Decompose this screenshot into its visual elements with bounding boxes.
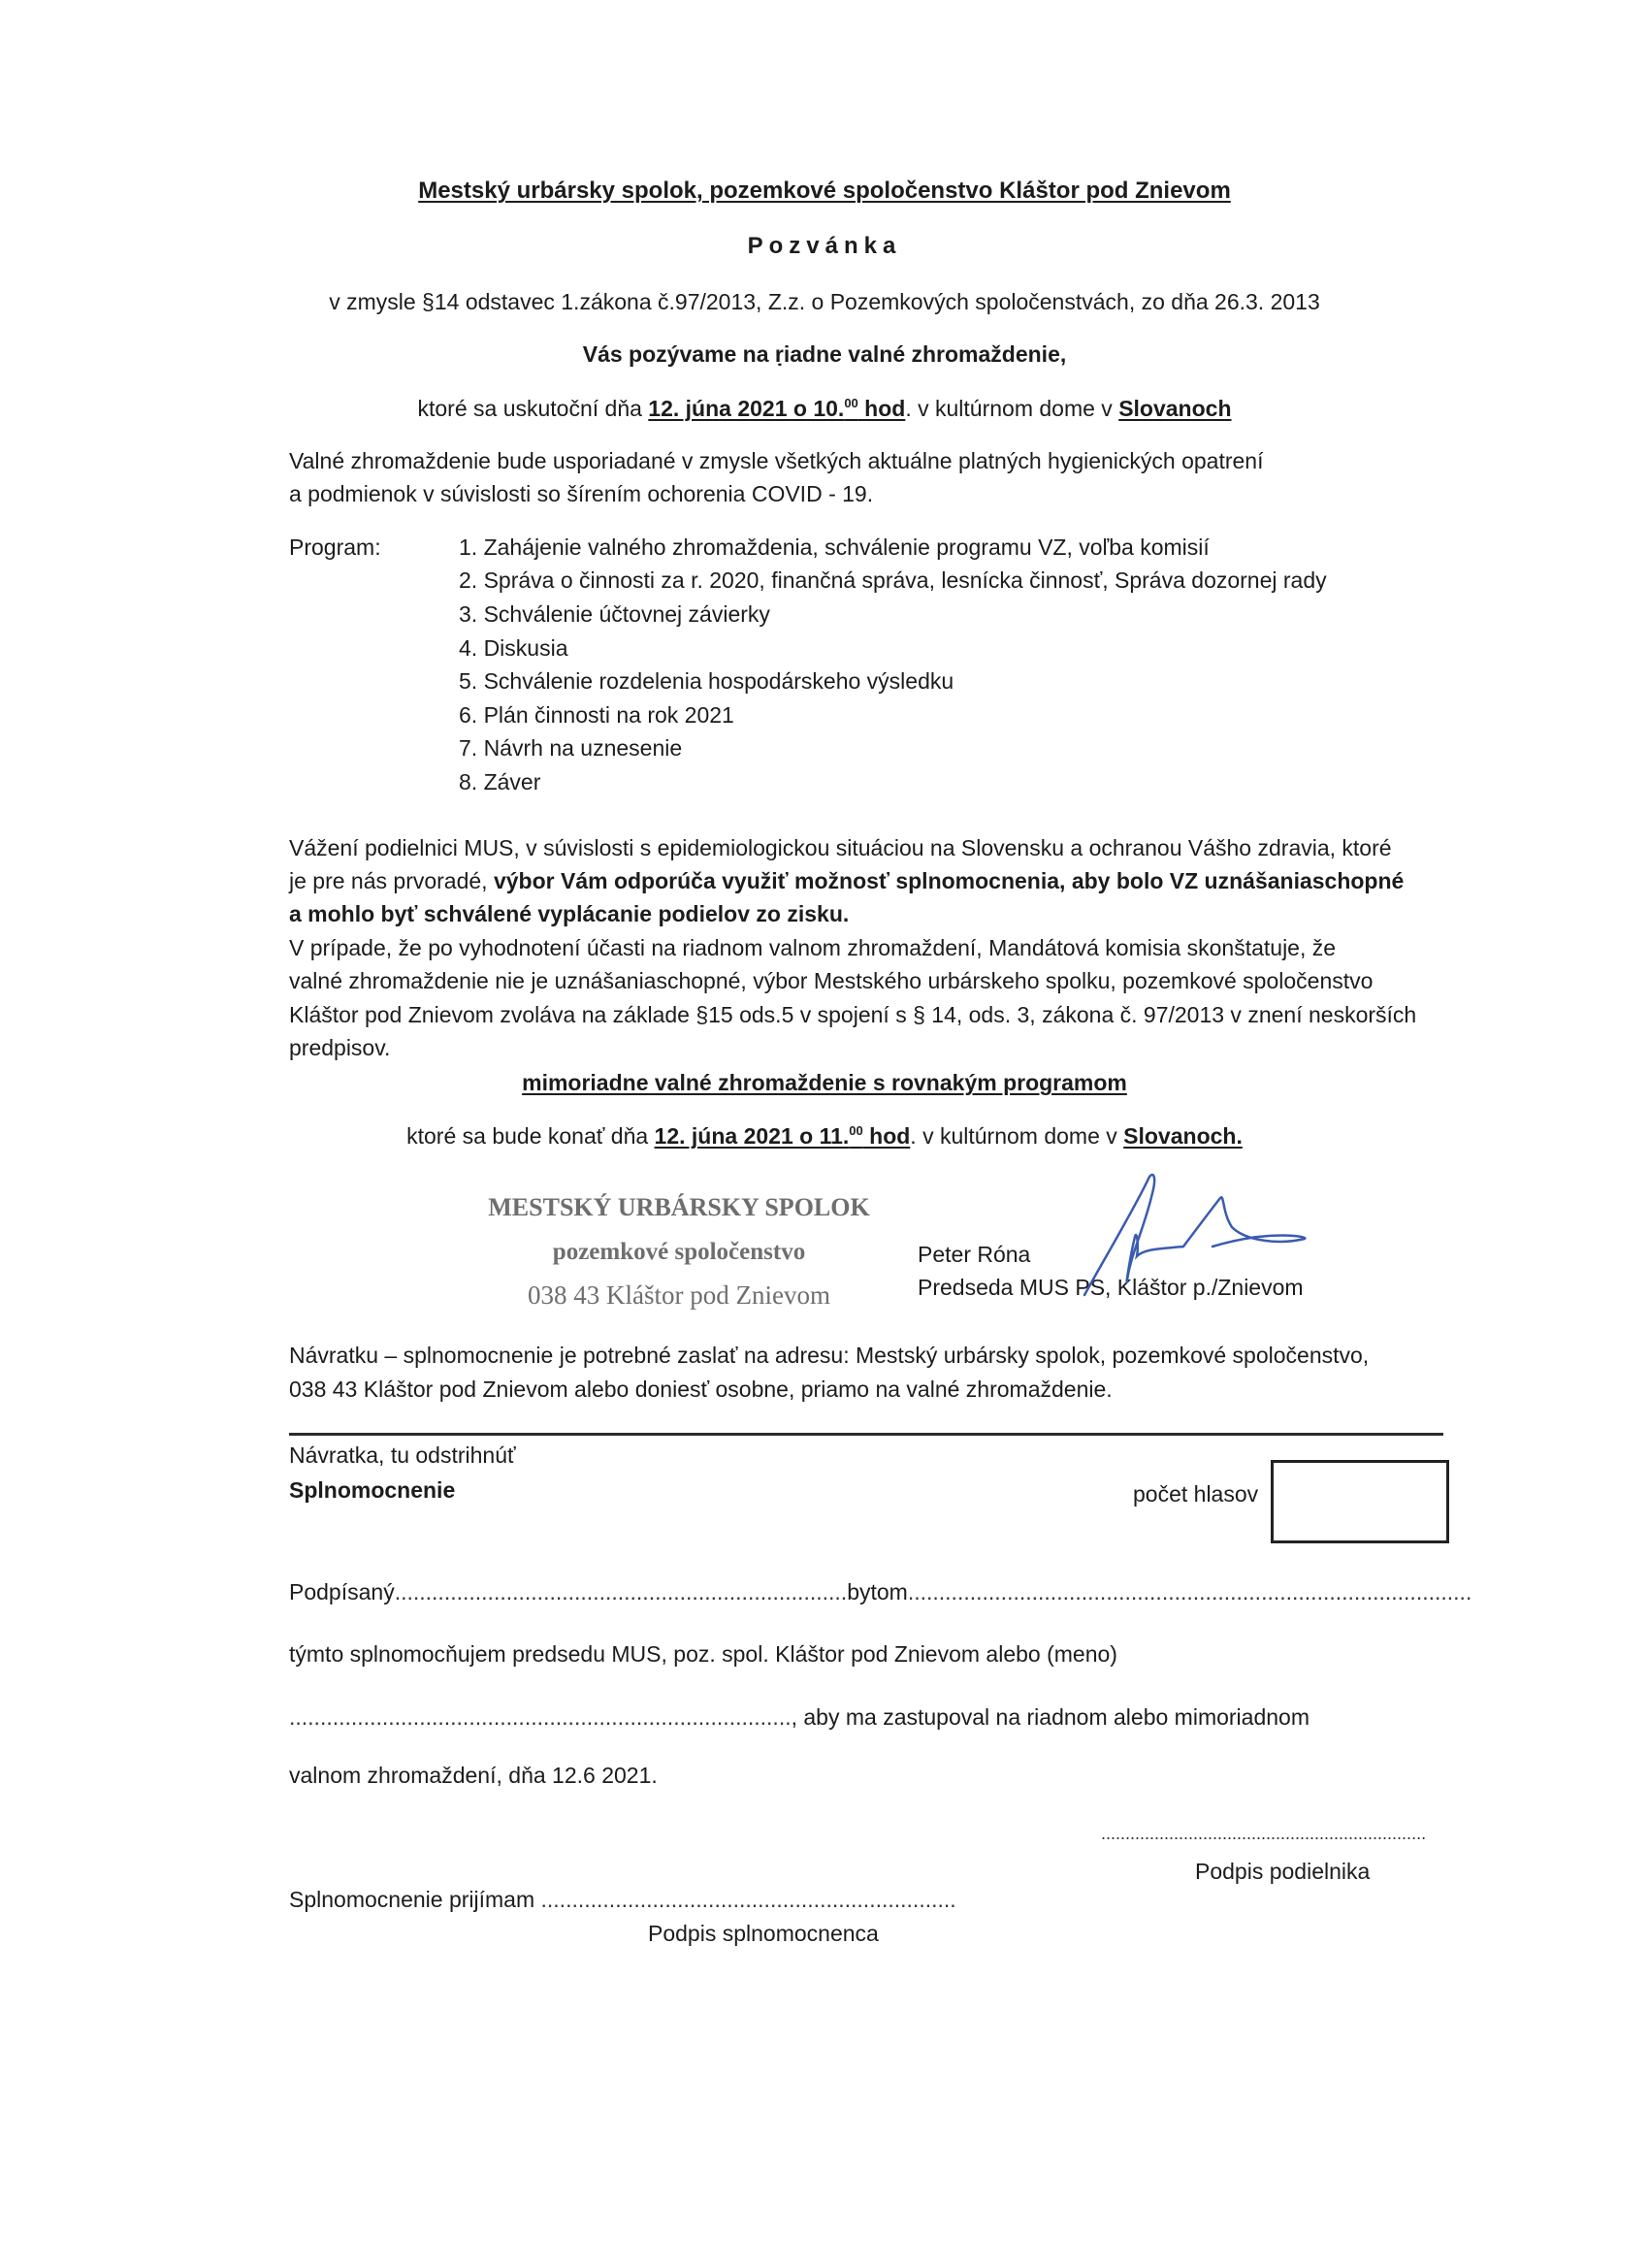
stamp-line-3: 038 43 Kláštor pod Znievom xyxy=(485,1280,873,1311)
program-item: 5. Schválenie rozdelenia hospodárskeho v… xyxy=(459,668,954,695)
return-note-line-2: 038 43 Kláštor pod Znievom alebo doniesť… xyxy=(289,1377,1113,1403)
program-item: 6. Plán činnosti na rok 2021 xyxy=(459,702,734,729)
extra-meeting-date: 12. júna 2021 o 11. xyxy=(655,1123,850,1149)
return-note-line-1: Návratku – splnomocnenie je potrebné zas… xyxy=(289,1343,1369,1369)
signatory-name: Peter Róna xyxy=(918,1242,1030,1268)
proxy-form-title: Splnomocnenie xyxy=(289,1477,455,1504)
residence-label: bytom xyxy=(847,1579,908,1604)
extra-meeting-place: Slovanoch. xyxy=(1123,1123,1243,1149)
proxy-name-field[interactable]: ........................................… xyxy=(289,1704,792,1730)
notice-para2-line-2: valné zhromaždenie nie je uznášaniaschop… xyxy=(289,968,1373,994)
notice-para2-line-3: Kláštor pod Znievom zvoláva na základe §… xyxy=(289,1002,1416,1028)
extra-meeting-hod: hod xyxy=(863,1123,911,1149)
meeting-date-text: valnom zhromaždení, dňa 12.6 2021. xyxy=(289,1763,658,1789)
program-item: 4. Diskusia xyxy=(459,635,567,662)
represent-line: ........................................… xyxy=(289,1704,1309,1731)
shareholder-signature-field[interactable]: ........................................… xyxy=(1101,1824,1426,1844)
extra-meeting-time-minutes: 00 xyxy=(849,1123,862,1138)
program-label: Program: xyxy=(289,535,381,561)
votes-count-field[interactable] xyxy=(1271,1460,1449,1543)
program-item: 1. Zahájenie valného zhromaždenia, schvá… xyxy=(459,535,1210,561)
extra-meeting-prefix: ktoré sa bude konať dňa xyxy=(406,1123,654,1149)
notice-recommendation: výbor Vám odporúča využiť možnosť splnom… xyxy=(494,868,1404,893)
meeting-line: ktoré sa uskutoční dňa 12. júna 2021 o 1… xyxy=(0,396,1649,422)
accept-line: Splnomocnenie prijímam .................… xyxy=(289,1887,956,1913)
extra-meeting-title: mimoriadne valné zhromaždenie s rovnakým… xyxy=(0,1070,1649,1096)
notice-line-2: je pre nás prvoradé, výbor Vám odporúča … xyxy=(289,868,1404,894)
meeting-place: Slovanoch xyxy=(1118,396,1231,421)
cut-here-label: Návratka, tu odstrihnúť xyxy=(289,1442,516,1469)
extra-meeting-datetime: 12. júna 2021 o 11.00 hod xyxy=(655,1123,911,1149)
extra-meeting-line: ktoré sa bude konať dňa 12. júna 2021 o … xyxy=(0,1123,1649,1150)
organization-title: Mestský urbársky spolok, pozemkové spolo… xyxy=(0,178,1649,205)
proxy-signature-label: Podpis splnomocnenca xyxy=(648,1921,879,1947)
notice-para2-line-1: V prípade, že po vyhodnotení účasti na r… xyxy=(289,935,1336,961)
votes-label: počet hlasov xyxy=(1133,1481,1258,1507)
signed-label: Podpísaný xyxy=(289,1579,395,1604)
notice-line-2-text: je pre nás prvoradé, xyxy=(289,868,494,893)
signed-line: Podpísaný...............................… xyxy=(289,1579,1471,1605)
notice-line-3: a mohlo byť schválené vyplácanie podielo… xyxy=(289,901,849,927)
hygiene-line-2: a podmienok v súvislosti so šírením ocho… xyxy=(289,481,873,507)
program-item: 8. Záver xyxy=(459,769,540,795)
meeting-datetime: 12. júna 2021 o 10.00 hod xyxy=(648,396,905,421)
stamp-line-1: MESTSKÝ URBÁRSKY SPOLOK xyxy=(485,1193,873,1222)
program-item: 7. Návrh na uznesenie xyxy=(459,735,682,761)
notice-line-1: Vážení podielnici MUS, v súvislosti s ep… xyxy=(289,835,1392,861)
meeting-prefix: ktoré sa uskutoční dňa xyxy=(417,396,648,421)
authorize-text: týmto splnomocňujem predsedu MUS, poz. s… xyxy=(289,1641,1117,1668)
accept-label: Splnomocnenie prijímam xyxy=(289,1887,534,1912)
meeting-hod: hod xyxy=(858,396,906,421)
legal-basis: v zmysle §14 odstavec 1.zákona č.97/2013… xyxy=(0,289,1649,315)
meeting-middle: . v kultúrnom dome v xyxy=(905,396,1118,421)
meeting-time-minutes: 00 xyxy=(844,396,857,410)
stamp-line-2: pozemkové spoločenstvo xyxy=(485,1239,873,1266)
document-title: Pozvánka xyxy=(0,233,1649,260)
notice-para2-line-4: predpisov. xyxy=(289,1035,390,1061)
represent-text: , aby ma zastupoval na riadnom alebo mim… xyxy=(792,1704,1309,1730)
extra-meeting-middle: . v kultúrnom dome v xyxy=(910,1123,1123,1149)
residence-field[interactable]: ........................................… xyxy=(908,1579,1472,1604)
hygiene-line-1: Valné zhromaždenie bude usporiadané v zm… xyxy=(289,448,1264,474)
handwritten-signature-icon xyxy=(1077,1169,1319,1305)
proxy-signature-field[interactable]: ........................................… xyxy=(541,1887,956,1912)
meeting-date: 12. júna 2021 o 10. xyxy=(648,396,844,421)
shareholder-signature-label: Podpis podielnika xyxy=(1195,1859,1370,1885)
program-item: 3. Schválenie účtovnej závierky xyxy=(459,601,770,628)
program-item: 2. Správa o činnosti za r. 2020, finančn… xyxy=(459,567,1327,594)
cut-line-divider xyxy=(289,1433,1443,1436)
invitation-heading: Vás pozývame na ṛiadne valné zhromaždeni… xyxy=(0,341,1649,368)
signed-name-field[interactable]: ........................................… xyxy=(395,1579,847,1604)
